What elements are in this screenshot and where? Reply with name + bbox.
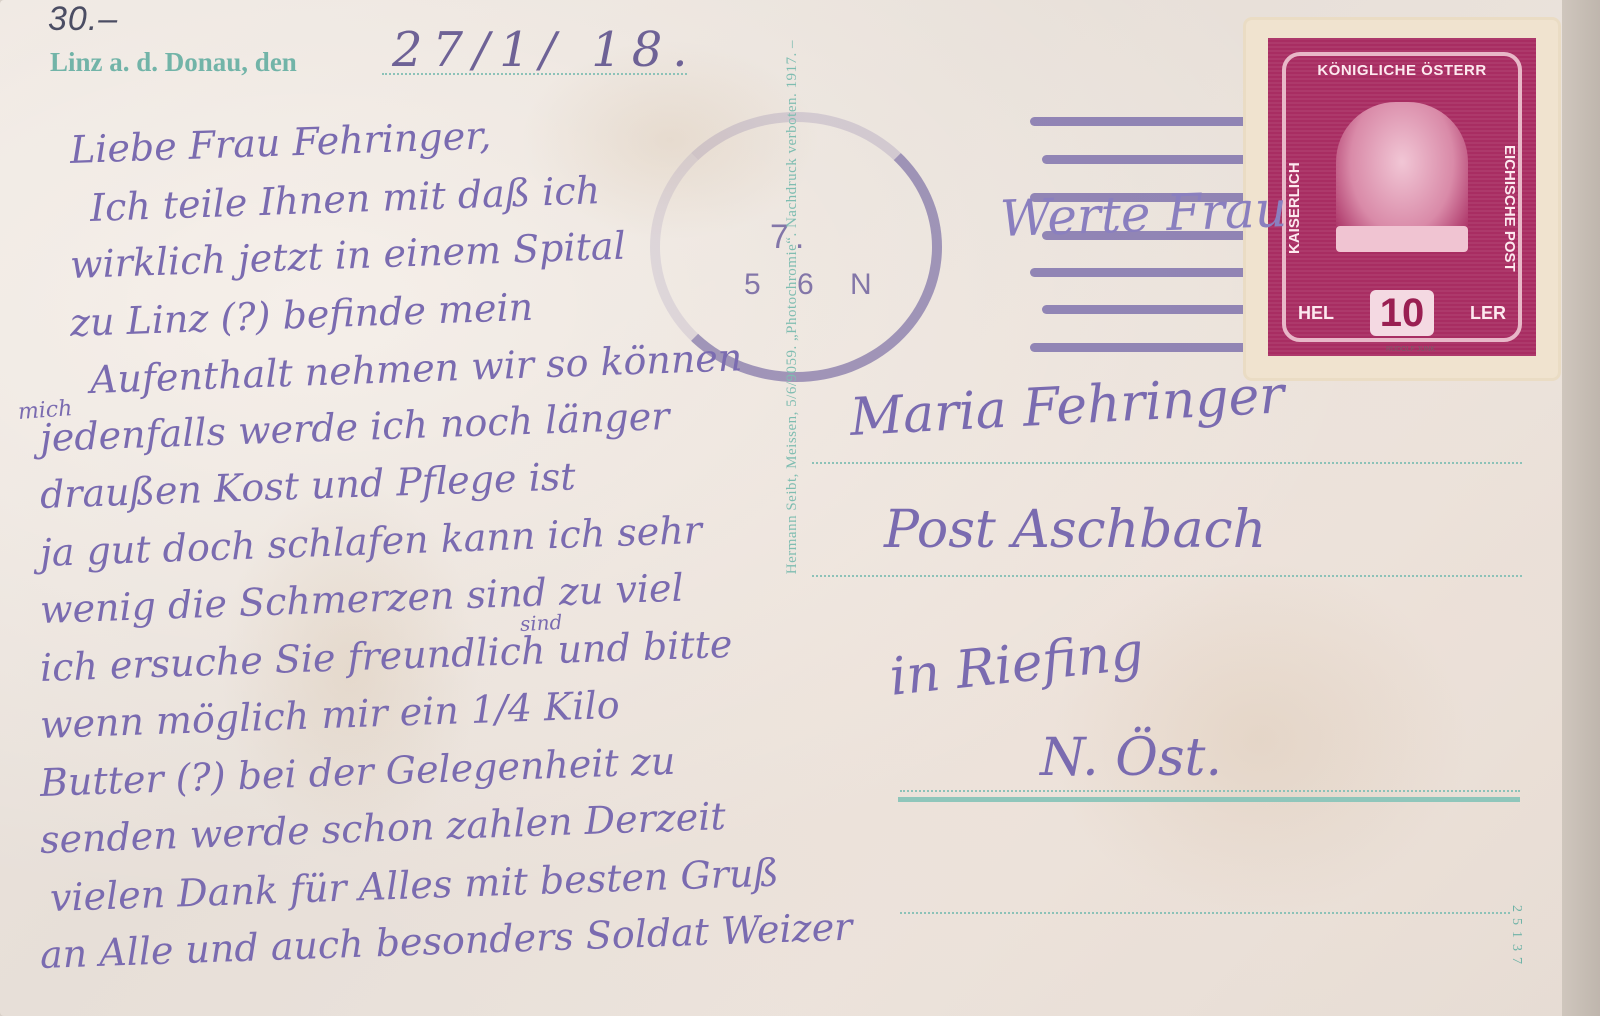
- stamp-designer: RUDOLF JUNK: [1386, 346, 1435, 353]
- stamp-inscription-left: KAISERLICH: [1286, 98, 1303, 318]
- message-insertion: mich: [17, 396, 73, 425]
- address-name: Maria Fehringer: [848, 365, 1285, 448]
- postage-stamp: KÖNIGLICHE ÖSTERR KAISERLICH EICHISCHE P…: [1246, 20, 1558, 378]
- stamp-currency-right: LER: [1470, 303, 1506, 324]
- message-line: Liebe Frau Fehringer,: [69, 113, 492, 172]
- message-line: vielen Dank für Alles mit besten Gruß: [49, 850, 779, 919]
- postcard-back: 30.– Linz a. d. Donau, den 27/1/ 18. 7. …: [0, 0, 1568, 1016]
- crown-icon: [1336, 102, 1468, 252]
- address-line-4: [900, 912, 1510, 914]
- message-line: Ich teile Ihnen mit daß ich: [89, 168, 601, 230]
- message-insertion: sind: [519, 610, 563, 636]
- stamp-value: 10: [1370, 290, 1435, 336]
- address-line-solid: [898, 797, 1520, 802]
- stamp-currency-left: HEL: [1298, 303, 1334, 324]
- handwritten-date: 27/1/ 18.: [392, 22, 698, 78]
- price-note: 30.–: [48, 0, 118, 39]
- address-line-1: [812, 462, 1522, 464]
- address-salutation: Werte Frau: [999, 180, 1288, 248]
- address-line-2: [812, 575, 1522, 577]
- message-line: jedenfalls werde ich noch länger: [39, 394, 670, 460]
- stamp-denomination: HEL 10 LER: [1298, 290, 1506, 336]
- address-line-3: [900, 790, 1520, 792]
- message-line: Aufenthalt nehmen wir so können: [89, 335, 743, 402]
- message-line: wirklich jetzt in einem Spital: [69, 224, 626, 287]
- serial-number: 25137: [1508, 905, 1524, 970]
- publisher-imprint: Hermann Seibt, Meissen, 5/6/9059. „Photo…: [784, 40, 801, 574]
- scan-edge: [1562, 0, 1600, 1016]
- message-line: draußen Kost und Pflege ist: [39, 454, 576, 517]
- message-line: zu Linz (?) befinde mein: [69, 284, 534, 344]
- printed-place-line: Linz a. d. Donau, den: [50, 47, 297, 78]
- stamp-design: KÖNIGLICHE ÖSTERR KAISERLICH EICHISCHE P…: [1268, 38, 1536, 356]
- stamp-inscription-top: KÖNIGLICHE ÖSTERR: [1298, 62, 1506, 79]
- stamp-inscription-right: EICHISCHE POST: [1501, 98, 1518, 318]
- address-post: Post Aschbach: [884, 500, 1266, 560]
- postmark-time: 5 6 N: [744, 268, 886, 302]
- address-region: N. Öst.: [1040, 728, 1222, 788]
